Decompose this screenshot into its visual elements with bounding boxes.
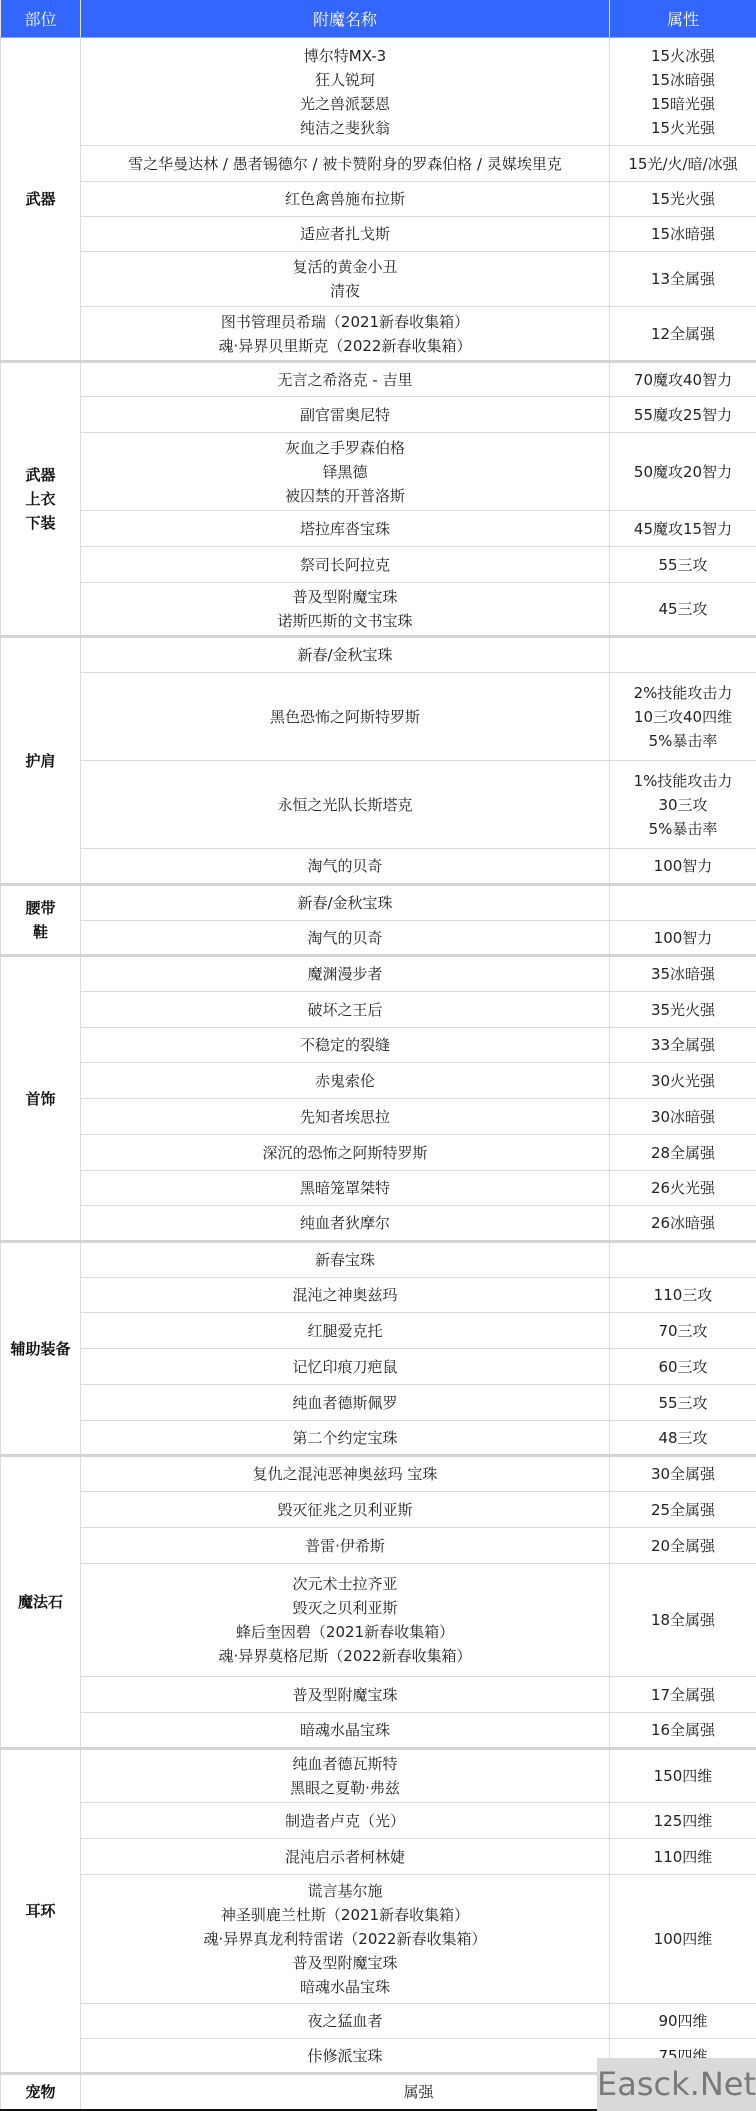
table-row: 混沌之神奥兹玛110三攻 [1, 1278, 756, 1313]
table-row: 夜之猛血者90四维 [1, 2004, 756, 2039]
enchant-name: 灰血之手罗森伯格 [85, 436, 605, 460]
attribute-value: 150四维 [614, 1764, 752, 1788]
part-cell: 耳环 [1, 1749, 81, 2074]
attribute-cell: 16全属强 [610, 1713, 756, 1749]
attribute-cell: 17全属强 [610, 1677, 756, 1713]
table-row: 暗魂水晶宝珠16全属强 [1, 1713, 756, 1749]
enchant-name-cell: 新春/金秋宝珠 [81, 885, 610, 921]
enchant-name: 纯洁之斐狄翁 [85, 116, 605, 140]
attribute-value: 28全属强 [614, 1141, 752, 1165]
enchant-name: 赤鬼索伦 [85, 1069, 605, 1093]
table-row: 黑暗笼罩桀特26火光强 [1, 1171, 756, 1206]
enchant-name-cell: 普雷·伊希斯 [81, 1528, 610, 1564]
enchant-name: 狂人锐珂 [85, 68, 605, 92]
attribute-cell: 125四维 [610, 1803, 756, 1839]
enchant-name-cell: 塔拉库沓宝珠 [81, 511, 610, 547]
attribute-cell: 33全属强 [610, 1028, 756, 1063]
enchant-name-cell: 记忆印痕刀疤鼠 [81, 1349, 610, 1385]
enchant-name: 普及型附魔宝珠 [85, 585, 605, 609]
enchant-name-cell: 图书管理员希瑞（2021新春收集箱）魂·异界贝里斯克（2022新春收集箱） [81, 307, 610, 362]
table-row: 次元术士拉齐亚毁灭之贝利亚斯蜂后奎因碧（2021新春收集箱）魂·异界莫格尼斯（2… [1, 1564, 756, 1677]
enchant-name: 诺斯匹斯的文书宝珠 [85, 609, 605, 633]
enchant-name: 副官雷奥尼特 [85, 403, 605, 427]
attribute-cell: 55三攻 [610, 547, 756, 583]
attribute-value: 100智力 [614, 854, 752, 878]
table-row: 毁灭征兆之贝利亚斯25全属强 [1, 1492, 756, 1528]
enchant-name: 不稳定的裂缝 [85, 1033, 605, 1057]
part-label: 下装 [5, 511, 76, 535]
table-row: 辅助装备新春宝珠 [1, 1242, 756, 1278]
attribute-cell: 15光/火/暗/冰强 [610, 146, 756, 182]
attribute-cell: 70魔攻40智力 [610, 362, 756, 397]
table-row: 雪之华曼达林 / 愚者锡德尔 / 被卡赞附身的罗森伯格 / 灵媒埃里克15光/火… [1, 146, 756, 182]
enchant-name: 新春宝珠 [85, 1248, 605, 1272]
attribute-cell: 15火冰强15冰暗强15暗光强15火光强 [610, 38, 756, 146]
enchant-name: 魂·异界真龙利特雷诺（2022新春收集箱） [85, 1927, 605, 1951]
table-row: 适应者扎戈斯15冰暗强 [1, 217, 756, 252]
enchant-name: 黑眼之夏勒·弗兹 [85, 1776, 605, 1800]
attribute-value: 55魔攻25智力 [614, 403, 752, 427]
table-row: 制造者卢克（光）125四维 [1, 1803, 756, 1839]
attribute-cell: 45魔攻15智力 [610, 511, 756, 547]
attribute-cell: 30全属强 [610, 1456, 756, 1492]
table-row: 淘气的贝奇100智力 [1, 921, 756, 956]
enchant-name: 博尔特MX-3 [85, 44, 605, 68]
table-row: 记忆印痕刀疤鼠60三攻 [1, 1349, 756, 1385]
table-row: 纯血者狄摩尔26冰暗强 [1, 1206, 756, 1242]
attribute-value: 13全属强 [614, 267, 752, 291]
attribute-value: 110四维 [614, 1845, 752, 1869]
attribute-cell: 70三攻 [610, 1313, 756, 1349]
attribute-cell [610, 1242, 756, 1278]
enchant-name: 神圣驯鹿兰杜斯（2021新春收集箱） [85, 1903, 605, 1927]
enchant-name: 普雷·伊希斯 [85, 1534, 605, 1558]
enchant-name: 无言之希洛克 - 吉里 [85, 368, 605, 392]
attribute-value: 55三攻 [614, 1391, 752, 1415]
attribute-value: 15光火强 [614, 187, 752, 211]
attribute-value: 15火冰强 [614, 44, 752, 68]
attribute-value: 26冰暗强 [614, 1211, 752, 1235]
enchant-name-cell: 纯血者德瓦斯特黑眼之夏勒·弗兹 [81, 1749, 610, 1803]
enchant-name-cell: 不稳定的裂缝 [81, 1028, 610, 1063]
enchant-name: 清夜 [85, 279, 605, 303]
table-row: 红腿爱克托70三攻 [1, 1313, 756, 1349]
enchant-name-cell: 混沌启示者柯林婕 [81, 1839, 610, 1875]
enchant-name-cell: 新春宝珠 [81, 1242, 610, 1278]
table-row: 谎言基尔施神圣驯鹿兰杜斯（2021新春收集箱）魂·异界真龙利特雷诺（2022新春… [1, 1875, 756, 2004]
attribute-cell: 15光火强 [610, 182, 756, 217]
enchant-name-cell: 纯血者德斯佩罗 [81, 1385, 610, 1421]
enchant-name: 塔拉库沓宝珠 [85, 517, 605, 541]
attribute-value: 15冰暗强 [614, 68, 752, 92]
attribute-value: 45魔攻15智力 [614, 517, 752, 541]
watermark: Easck.Net [597, 2058, 756, 2111]
attribute-value: 5%暴击率 [614, 729, 752, 753]
attribute-value: 12全属强 [614, 322, 752, 346]
enchant-name-cell: 雪之华曼达林 / 愚者锡德尔 / 被卡赞附身的罗森伯格 / 灵媒埃里克 [81, 146, 610, 182]
attribute-cell: 26火光强 [610, 1171, 756, 1206]
enchant-name: 制造者卢克（光） [85, 1809, 605, 1833]
table-row: 赤鬼索伦30火光强 [1, 1063, 756, 1099]
enchant-name: 黑暗笼罩桀特 [85, 1176, 605, 1200]
enchant-name-cell: 黑色恐怖之阿斯特罗斯 [81, 673, 610, 761]
enchant-table: 部位 附魔名称 属性 武器博尔特MX-3狂人锐珂光之兽派瑟恩纯洁之斐狄翁15火冰… [0, 0, 756, 2111]
enchant-name-cell: 深沉的恐怖之阿斯特罗斯 [81, 1135, 610, 1171]
attribute-cell: 48三攻 [610, 1421, 756, 1456]
part-cell: 宠物 [1, 2074, 81, 2110]
attribute-value: 10三攻40四维 [614, 705, 752, 729]
part-cell: 武器 [1, 38, 81, 362]
attribute-cell: 100四维 [610, 1875, 756, 2004]
attribute-value: 55三攻 [614, 553, 752, 577]
enchant-name: 淘气的贝奇 [85, 926, 605, 950]
attribute-cell: 55三攻 [610, 1385, 756, 1421]
enchant-name: 记忆印痕刀疤鼠 [85, 1355, 605, 1379]
attribute-cell: 13全属强 [610, 252, 756, 307]
attribute-value: 1%技能攻击力 [614, 769, 752, 793]
enchant-name: 第二个约定宝珠 [85, 1426, 605, 1450]
enchant-name: 纯血者德斯佩罗 [85, 1391, 605, 1415]
enchant-name-cell: 次元术士拉齐亚毁灭之贝利亚斯蜂后奎因碧（2021新春收集箱）魂·异界莫格尼斯（2… [81, 1564, 610, 1677]
enchant-name: 复仇之混沌恶神奥兹玛 宝珠 [85, 1462, 605, 1486]
enchant-name-cell: 灰血之手罗森伯格铎黑德被囚禁的开普洛斯 [81, 433, 610, 511]
enchant-name: 祭司长阿拉克 [85, 553, 605, 577]
attribute-value: 30火光强 [614, 1069, 752, 1093]
attribute-value: 5%暴击率 [614, 817, 752, 841]
attribute-cell: 110三攻 [610, 1278, 756, 1313]
attribute-value: 2%技能攻击力 [614, 681, 752, 705]
enchant-name-cell: 黑暗笼罩桀特 [81, 1171, 610, 1206]
enchant-name: 混沌启示者柯林婕 [85, 1845, 605, 1869]
part-label: 辅助装备 [5, 1337, 76, 1361]
enchant-name: 深沉的恐怖之阿斯特罗斯 [85, 1141, 605, 1165]
enchant-name-cell: 破坏之王后 [81, 992, 610, 1028]
attribute-cell: 1%技能攻击力30三攻5%暴击率 [610, 761, 756, 849]
enchant-name-cell: 复活的黄金小丑清夜 [81, 252, 610, 307]
enchant-name: 光之兽派瑟恩 [85, 92, 605, 116]
attribute-cell: 25全属强 [610, 1492, 756, 1528]
attribute-value: 125四维 [614, 1809, 752, 1833]
attribute-cell: 2%技能攻击力10三攻40四维5%暴击率 [610, 673, 756, 761]
table-row: 魔法石复仇之混沌恶神奥兹玛 宝珠30全属强 [1, 1456, 756, 1492]
enchant-name-cell: 毁灭征兆之贝利亚斯 [81, 1492, 610, 1528]
table-row: 永恒之光队长斯塔克1%技能攻击力30三攻5%暴击率 [1, 761, 756, 849]
attribute-cell: 150四维 [610, 1749, 756, 1803]
enchant-name-cell: 淘气的贝奇 [81, 921, 610, 956]
enchant-name: 黑色恐怖之阿斯特罗斯 [85, 705, 605, 729]
table-row: 混沌启示者柯林婕110四维 [1, 1839, 756, 1875]
part-label: 宠物 [5, 2080, 76, 2104]
attribute-value: 15暗光强 [614, 92, 752, 116]
enchant-name: 谎言基尔施 [85, 1879, 605, 1903]
attribute-cell: 100智力 [610, 921, 756, 956]
attribute-value: 100四维 [614, 1927, 752, 1951]
table-row: 普及型附魔宝珠诺斯匹斯的文书宝珠45三攻 [1, 583, 756, 637]
part-label: 耳环 [5, 1899, 76, 1923]
table-row: 副官雷奥尼特55魔攻25智力 [1, 397, 756, 433]
attribute-cell: 50魔攻20智力 [610, 433, 756, 511]
enchant-name-cell: 无言之希洛克 - 吉里 [81, 362, 610, 397]
attribute-value: 48三攻 [614, 1426, 752, 1450]
part-label: 魔法石 [5, 1590, 76, 1614]
attribute-value: 50魔攻20智力 [614, 460, 752, 484]
enchant-name: 复活的黄金小丑 [85, 255, 605, 279]
enchant-name-cell: 适应者扎戈斯 [81, 217, 610, 252]
part-label: 首饰 [5, 1087, 76, 1111]
table-row: 武器上衣下装无言之希洛克 - 吉里70魔攻40智力 [1, 362, 756, 397]
table-body: 武器博尔特MX-3狂人锐珂光之兽派瑟恩纯洁之斐狄翁15火冰强15冰暗强15暗光强… [1, 38, 756, 2110]
attribute-cell: 90四维 [610, 2004, 756, 2039]
enchant-name: 新春/金秋宝珠 [85, 643, 605, 667]
enchant-name-cell: 魔渊漫步者 [81, 956, 610, 992]
table-row: 淘气的贝奇100智力 [1, 849, 756, 885]
attribute-cell: 28全属强 [610, 1135, 756, 1171]
enchant-name-cell: 永恒之光队长斯塔克 [81, 761, 610, 849]
table-row: 图书管理员希瑞（2021新春收集箱）魂·异界贝里斯克（2022新春收集箱）12全… [1, 307, 756, 362]
attribute-cell: 12全属强 [610, 307, 756, 362]
attribute-value: 90四维 [614, 2009, 752, 2033]
enchant-name: 淘气的贝奇 [85, 854, 605, 878]
attribute-cell: 30冰暗强 [610, 1099, 756, 1135]
attribute-value: 16全属强 [614, 1718, 752, 1742]
attribute-cell [610, 637, 756, 673]
enchant-name: 蜂后奎因碧（2021新春收集箱） [85, 1620, 605, 1644]
attribute-value: 18全属强 [614, 1608, 752, 1632]
attribute-value: 25全属强 [614, 1498, 752, 1522]
enchant-name: 雪之华曼达林 / 愚者锡德尔 / 被卡赞附身的罗森伯格 / 灵媒埃里克 [85, 152, 605, 176]
part-label: 上衣 [5, 487, 76, 511]
attribute-value: 15光/火/暗/冰强 [614, 152, 752, 176]
table-header-row: 部位 附魔名称 属性 [1, 0, 756, 38]
enchant-name: 先知者埃思拉 [85, 1105, 605, 1129]
attribute-value: 35光火强 [614, 998, 752, 1022]
part-cell: 魔法石 [1, 1456, 81, 1749]
table-row: 先知者埃思拉30冰暗强 [1, 1099, 756, 1135]
enchant-name: 被囚禁的开普洛斯 [85, 484, 605, 508]
enchant-name-cell: 新春/金秋宝珠 [81, 637, 610, 673]
part-cell: 首饰 [1, 956, 81, 1242]
table-row: 护肩新春/金秋宝珠 [1, 637, 756, 673]
table-row: 黑色恐怖之阿斯特罗斯2%技能攻击力10三攻40四维5%暴击率 [1, 673, 756, 761]
part-label: 鞋 [5, 920, 76, 944]
part-cell: 辅助装备 [1, 1242, 81, 1456]
attribute-value: 100智力 [614, 926, 752, 950]
enchant-name: 魂·异界莫格尼斯（2022新春收集箱） [85, 1644, 605, 1668]
enchant-name: 纯血者狄摩尔 [85, 1211, 605, 1235]
attribute-value: 26火光强 [614, 1176, 752, 1200]
part-label: 护肩 [5, 749, 76, 773]
enchant-name: 新春/金秋宝珠 [85, 891, 605, 915]
table-row: 普及型附魔宝珠17全属强 [1, 1677, 756, 1713]
enchant-name-cell: 谎言基尔施神圣驯鹿兰杜斯（2021新春收集箱）魂·异界真龙利特雷诺（2022新春… [81, 1875, 610, 2004]
attribute-cell: 45三攻 [610, 583, 756, 637]
attribute-value: 30冰暗强 [614, 1105, 752, 1129]
attribute-cell: 20全属强 [610, 1528, 756, 1564]
enchant-name: 图书管理员希瑞（2021新春收集箱） [85, 310, 605, 334]
attribute-value: 110三攻 [614, 1283, 752, 1307]
table-row: 祭司长阿拉克55三攻 [1, 547, 756, 583]
enchant-name: 魂·异界贝里斯克（2022新春收集箱） [85, 334, 605, 358]
enchant-name: 毁灭之贝利亚斯 [85, 1596, 605, 1620]
attribute-cell: 55魔攻25智力 [610, 397, 756, 433]
header-enchant-name: 附魔名称 [81, 0, 610, 38]
attribute-value: 17全属强 [614, 1683, 752, 1707]
table-row: 红色禽兽施布拉斯15光火强 [1, 182, 756, 217]
header-attribute: 属性 [610, 0, 756, 38]
attribute-cell: 15冰暗强 [610, 217, 756, 252]
enchant-name-cell: 第二个约定宝珠 [81, 1421, 610, 1456]
enchant-name: 破坏之王后 [85, 998, 605, 1022]
attribute-cell: 35光火强 [610, 992, 756, 1028]
attribute-value: 45三攻 [614, 597, 752, 621]
part-cell: 武器上衣下装 [1, 362, 81, 637]
enchant-name: 永恒之光队长斯塔克 [85, 793, 605, 817]
enchant-name: 夜之猛血者 [85, 2009, 605, 2033]
table-row: 耳环纯血者德瓦斯特黑眼之夏勒·弗兹150四维 [1, 1749, 756, 1803]
attribute-value: 20全属强 [614, 1534, 752, 1558]
enchant-name-cell: 普及型附魔宝珠诺斯匹斯的文书宝珠 [81, 583, 610, 637]
table-row: 破坏之王后35光火强 [1, 992, 756, 1028]
enchant-name-cell: 夜之猛血者 [81, 2004, 610, 2039]
enchant-name: 适应者扎戈斯 [85, 222, 605, 246]
enchant-name-cell: 暗魂水晶宝珠 [81, 1713, 610, 1749]
enchant-name: 纯血者德瓦斯特 [85, 1752, 605, 1776]
part-label: 腰带 [5, 896, 76, 920]
table-row: 纯血者德斯佩罗55三攻 [1, 1385, 756, 1421]
enchant-name: 混沌之神奥兹玛 [85, 1283, 605, 1307]
table-row: 第二个约定宝珠48三攻 [1, 1421, 756, 1456]
enchant-name-cell: 混沌之神奥兹玛 [81, 1278, 610, 1313]
enchant-name: 暗魂水晶宝珠 [85, 1718, 605, 1742]
table-row: 不稳定的裂缝33全属强 [1, 1028, 756, 1063]
attribute-cell [610, 885, 756, 921]
enchant-name-cell: 副官雷奥尼特 [81, 397, 610, 433]
table-row: 灰血之手罗森伯格铎黑德被囚禁的开普洛斯50魔攻20智力 [1, 433, 756, 511]
enchant-name-cell: 佧修派宝珠 [81, 2039, 610, 2074]
enchant-name-cell: 纯血者狄摩尔 [81, 1206, 610, 1242]
part-cell: 护肩 [1, 637, 81, 885]
enchant-name: 普及型附魔宝珠 [85, 1951, 605, 1975]
enchant-name-cell: 先知者埃思拉 [81, 1099, 610, 1135]
attribute-cell: 60三攻 [610, 1349, 756, 1385]
attribute-cell: 100智力 [610, 849, 756, 885]
attribute-value: 60三攻 [614, 1355, 752, 1379]
enchant-name: 魔渊漫步者 [85, 962, 605, 986]
table-row: 塔拉库沓宝珠45魔攻15智力 [1, 511, 756, 547]
part-label: 武器 [5, 187, 76, 211]
part-cell: 腰带鞋 [1, 885, 81, 956]
attribute-value: 70魔攻40智力 [614, 368, 752, 392]
enchant-name-cell: 博尔特MX-3狂人锐珂光之兽派瑟恩纯洁之斐狄翁 [81, 38, 610, 146]
attribute-cell: 26冰暗强 [610, 1206, 756, 1242]
enchant-name-cell: 红色禽兽施布拉斯 [81, 182, 610, 217]
attribute-value: 30全属强 [614, 1462, 752, 1486]
table-row: 腰带鞋新春/金秋宝珠 [1, 885, 756, 921]
header-part: 部位 [1, 0, 81, 38]
attribute-cell: 35冰暗强 [610, 956, 756, 992]
attribute-cell: 110四维 [610, 1839, 756, 1875]
enchant-name: 毁灭征兆之贝利亚斯 [85, 1498, 605, 1522]
attribute-value: 30三攻 [614, 793, 752, 817]
table-row: 首饰魔渊漫步者35冰暗强 [1, 956, 756, 992]
table-row: 武器博尔特MX-3狂人锐珂光之兽派瑟恩纯洁之斐狄翁15火冰强15冰暗强15暗光强… [1, 38, 756, 146]
attribute-value: 15冰暗强 [614, 222, 752, 246]
attribute-cell: 30火光强 [610, 1063, 756, 1099]
enchant-name-cell: 普及型附魔宝珠 [81, 1677, 610, 1713]
enchant-name: 普及型附魔宝珠 [85, 1683, 605, 1707]
table-row: 复活的黄金小丑清夜13全属强 [1, 252, 756, 307]
enchant-name: 暗魂水晶宝珠 [85, 1975, 605, 1999]
attribute-value: 15火光强 [614, 116, 752, 140]
enchant-name: 红色禽兽施布拉斯 [85, 187, 605, 211]
part-label: 武器 [5, 463, 76, 487]
attribute-cell: 18全属强 [610, 1564, 756, 1677]
enchant-name: 红腿爱克托 [85, 1319, 605, 1343]
table-row: 深沉的恐怖之阿斯特罗斯28全属强 [1, 1135, 756, 1171]
attribute-value: 70三攻 [614, 1319, 752, 1343]
attribute-value: 33全属强 [614, 1033, 752, 1057]
enchant-name-cell: 复仇之混沌恶神奥兹玛 宝珠 [81, 1456, 610, 1492]
attribute-value: 35冰暗强 [614, 962, 752, 986]
enchant-name-cell: 制造者卢克（光） [81, 1803, 610, 1839]
enchant-name-cell: 红腿爱克托 [81, 1313, 610, 1349]
enchant-name-cell: 赤鬼索伦 [81, 1063, 610, 1099]
enchant-name-cell: 淘气的贝奇 [81, 849, 610, 885]
enchant-name-cell: 祭司长阿拉克 [81, 547, 610, 583]
table-row: 普雷·伊希斯20全属强 [1, 1528, 756, 1564]
enchant-name: 铎黑德 [85, 460, 605, 484]
enchant-name: 佧修派宝珠 [85, 2044, 605, 2068]
enchant-name: 次元术士拉齐亚 [85, 1572, 605, 1596]
